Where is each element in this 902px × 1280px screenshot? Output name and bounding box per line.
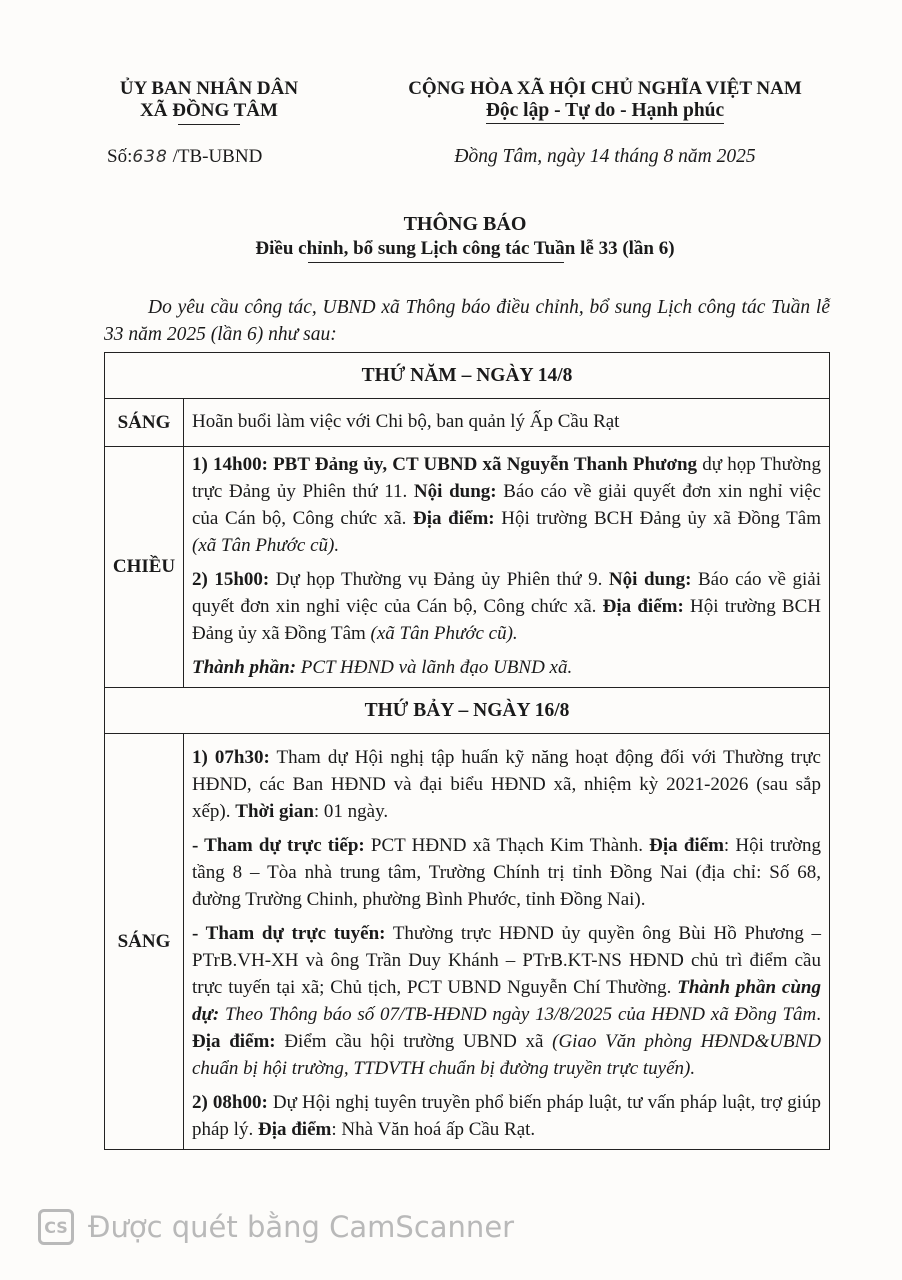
session-label: SÁNG [105, 399, 184, 447]
doc-number-handwritten: 638 [132, 147, 167, 167]
notice-subtitle: Điều chỉnh, bổ sung Lịch công tác Tuần l… [100, 237, 830, 261]
agenda-item: 1) 07h30: Tham dự Hội nghị tập huấn kỹ n… [192, 744, 821, 825]
day-heading: THỨ BẢY – NGÀY 16/8 [105, 688, 830, 734]
day-heading-row: THỨ NĂM – NGÀY 14/8 [105, 353, 830, 399]
authority-underline [178, 124, 240, 125]
intro-paragraph: Do yêu cầu công tác, UBND xã Thông báo đ… [104, 294, 830, 348]
session-row: SÁNG 1) 07h30: Tham dự Hội nghị tập huấn… [105, 734, 830, 1150]
authority-line-1: ỦY BAN NHÂN DÂN [84, 78, 334, 100]
session-content: Hoãn buổi làm việc với Chi bộ, ban quản … [184, 399, 830, 447]
session-content: 1) 14h00: PBT Đảng ủy, CT UBND xã Nguyễn… [184, 447, 830, 688]
agenda-subitem-online: - Tham dự trực tuyến: Thường trực HĐND ủ… [192, 920, 821, 1082]
notice-title: THÔNG BÁO [100, 212, 830, 236]
session-row: CHIỀU 1) 14h00: PBT Đảng ủy, CT UBND xã … [105, 447, 830, 688]
agenda-item: 2) 08h00: Dự Hội nghị tuyên truyền phổ b… [192, 1089, 821, 1143]
issuing-authority: ỦY BAN NHÂN DÂN XÃ ĐỒNG TÂM [84, 78, 334, 125]
scanner-watermark: CS Được quét bằng CamScanner [38, 1209, 514, 1245]
place-date: Đồng Tâm, ngày 14 tháng 8 năm 2025 [385, 146, 825, 168]
participants-line: Thành phần: PCT HĐND và lãnh đạo UBND xã… [192, 654, 821, 681]
doc-number-suffix: /TB-UBND [173, 146, 263, 167]
agenda-subitem-direct: - Tham dự trực tiếp: PCT HĐND xã Thạch K… [192, 832, 821, 913]
session-content: 1) 07h30: Tham dự Hội nghị tập huấn kỹ n… [184, 734, 830, 1150]
national-title: CỘNG HÒA XÃ HỘI CHỦ NGHĨA VIỆT NAM [385, 78, 825, 100]
subtitle-underline [308, 262, 564, 263]
national-heading: CỘNG HÒA XÃ HỘI CHỦ NGHĨA VIỆT NAM Độc l… [385, 78, 825, 124]
session-label: CHIỀU [105, 447, 184, 688]
agenda-item: 1) 14h00: PBT Đảng ủy, CT UBND xã Nguyễn… [192, 451, 821, 559]
day-heading-row: THỨ BẢY – NGÀY 16/8 [105, 688, 830, 734]
session-label: SÁNG [105, 734, 184, 1150]
camscanner-logo-icon: CS [38, 1209, 74, 1245]
authority-line-2: XÃ ĐỒNG TÂM [84, 100, 334, 122]
session-row: SÁNG Hoãn buổi làm việc với Chi bộ, ban … [105, 399, 830, 447]
national-motto: Độc lập - Tự do - Hạnh phúc [486, 100, 724, 124]
document-number: Số:638 /TB-UBND [107, 146, 262, 168]
watermark-text: Được quét bằng CamScanner [88, 1210, 514, 1244]
agenda-item: 2) 15h00: Dự họp Thường vụ Đảng ủy Phiên… [192, 566, 821, 647]
schedule-table: THỨ NĂM – NGÀY 14/8 SÁNG Hoãn buổi làm v… [104, 352, 830, 1150]
doc-number-prefix: Số: [107, 146, 132, 167]
day-heading: THỨ NĂM – NGÀY 14/8 [105, 353, 830, 399]
